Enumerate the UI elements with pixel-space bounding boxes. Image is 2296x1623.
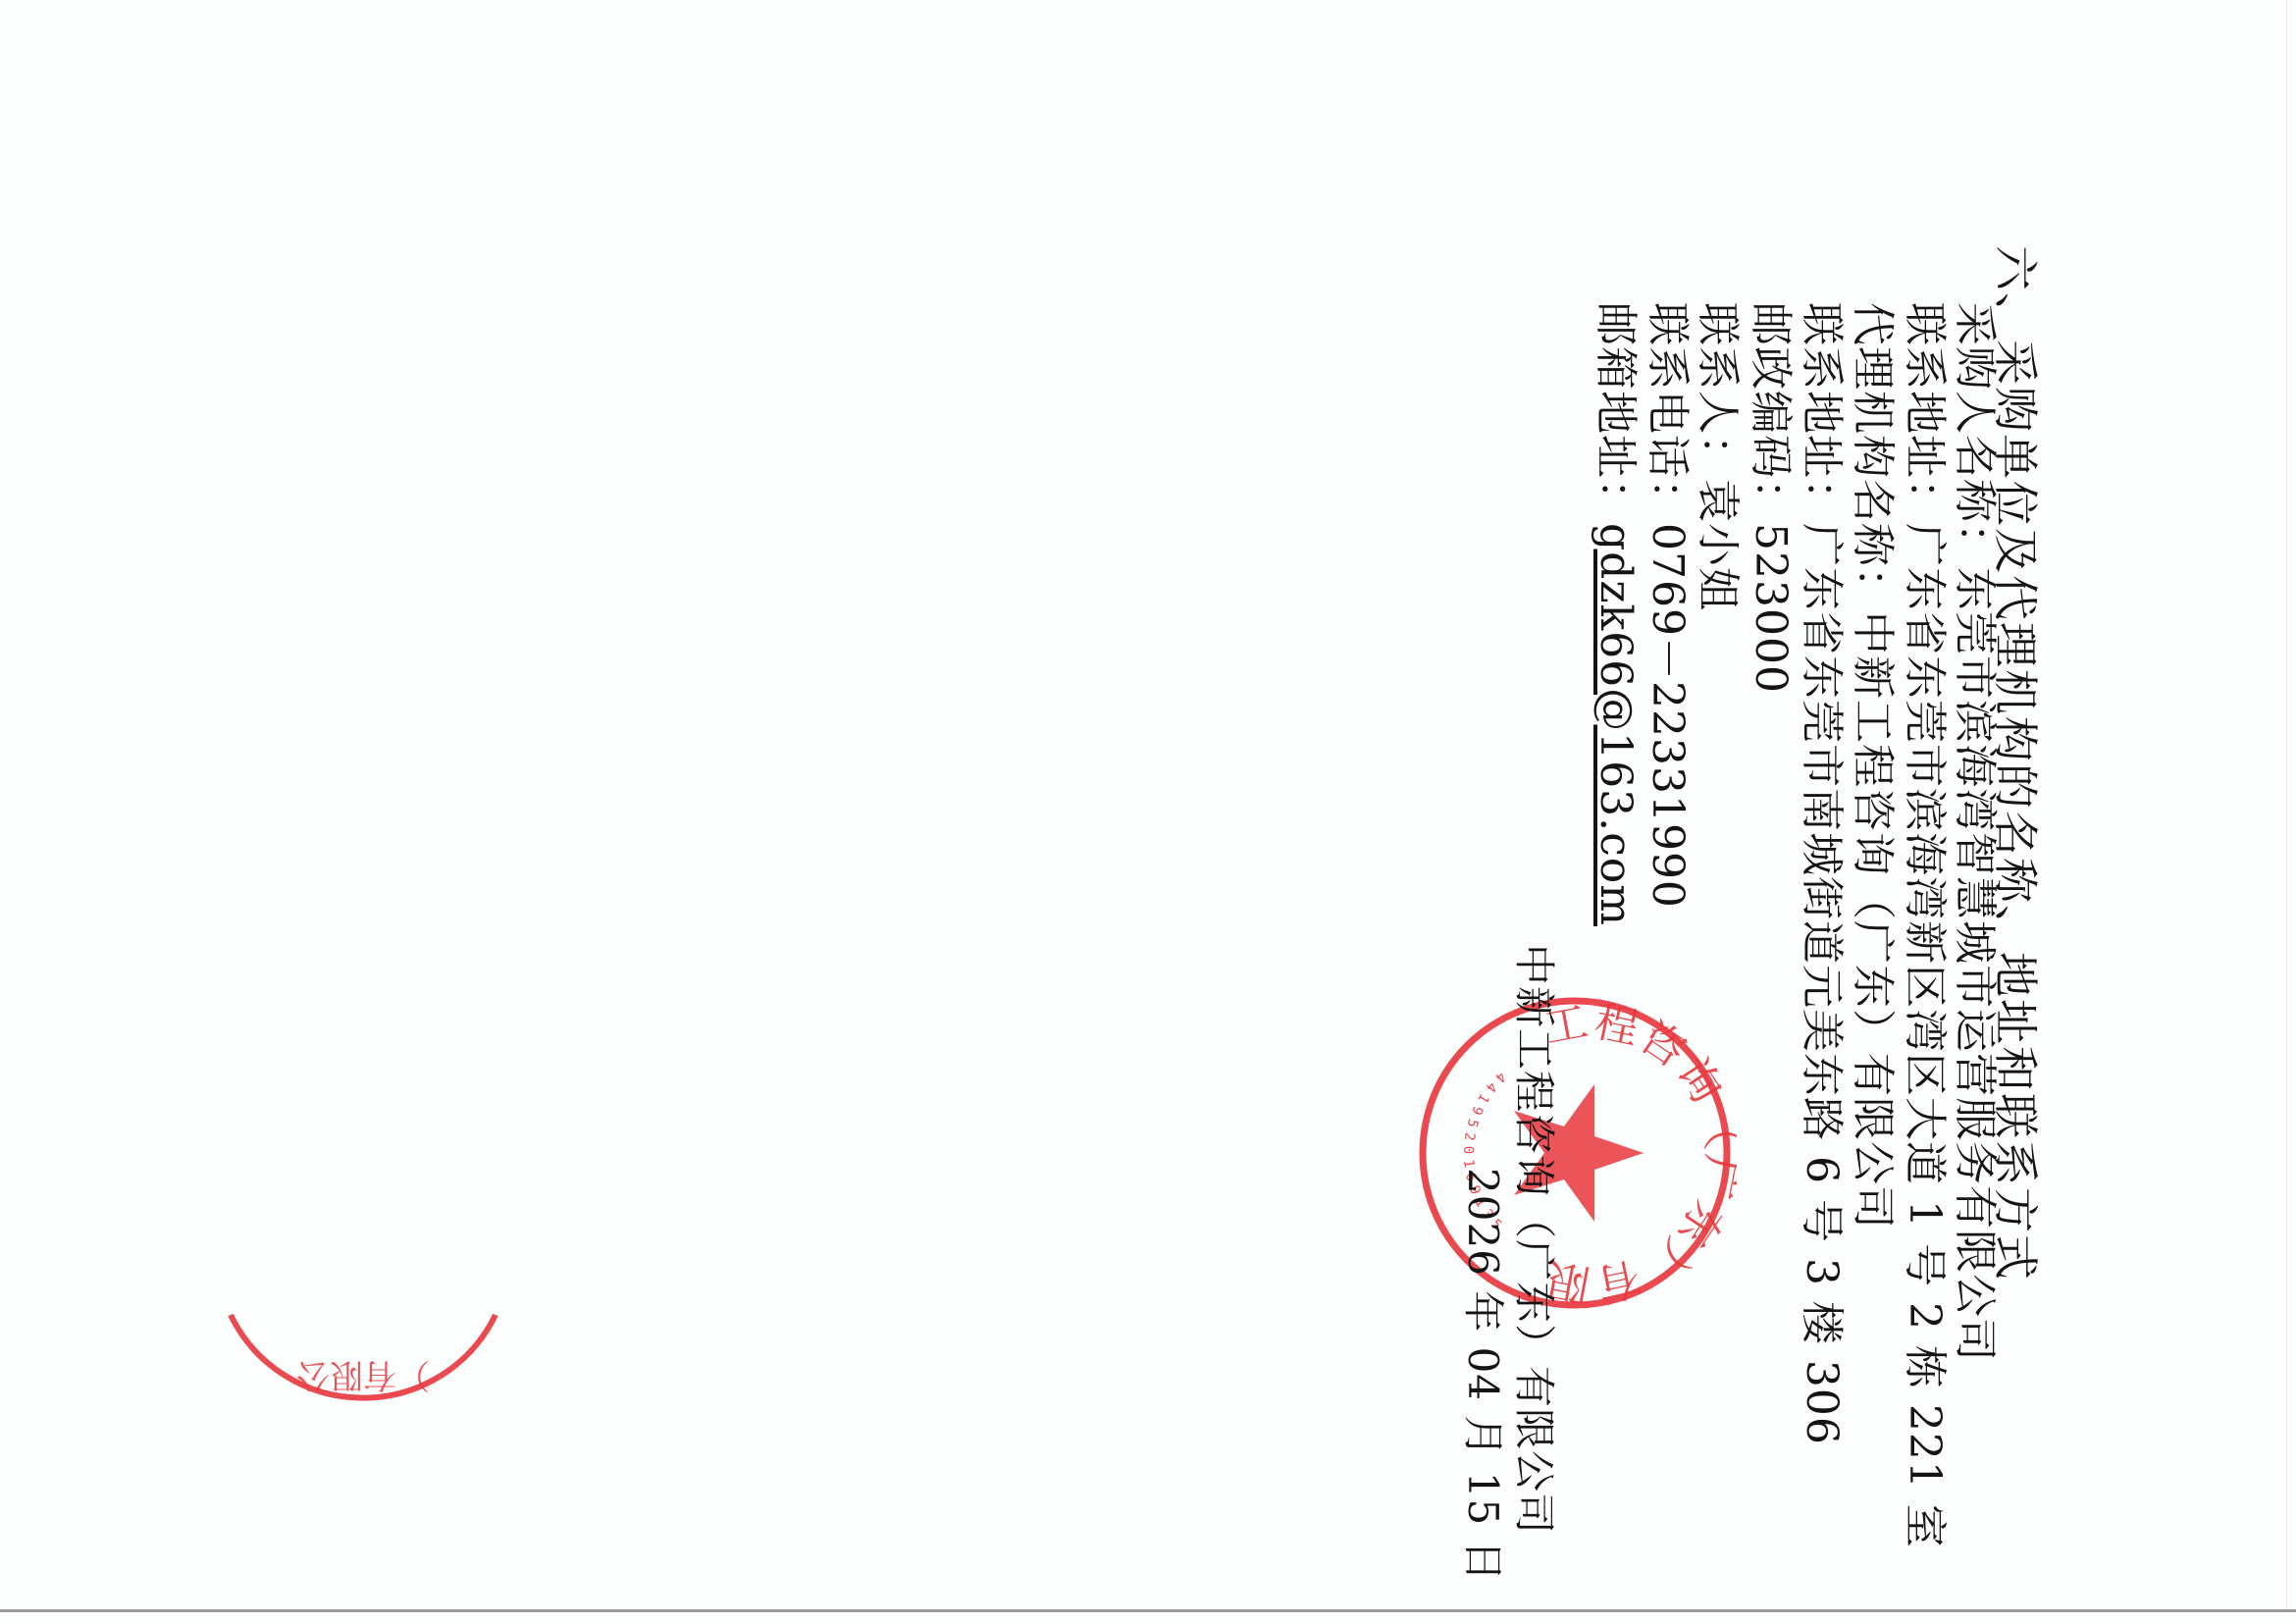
label: 联系人： [1693,302,1743,479]
line-agency-name: 代理机构名称：中新工程咨询（广东）有限公司 [1849,302,1896,1230]
label: 邮政编码： [1746,302,1796,523]
label: 联系地址： [1797,302,1847,523]
line-purchaser-address: 联系地址：广东省东莞市滨海湾新区湾区大道 1 号 2 栋 221 室 [1901,302,1948,1548]
value: 东莞市滨海湾智慧城市运营服务有限公司 [1950,567,2000,1362]
label: 联系电话： [1643,302,1693,523]
label: 邮箱地址： [1591,302,1641,523]
line-agency-address: 联系地址：广东省东莞市南城街道元美东路 6 号 3 楼 306 [1798,302,1845,1445]
label: 代理机构名称： [1848,302,1898,611]
document-page: 六、采购单位及代理机构的名称、地址和联系方式 采购人名称：东莞市滨海湾智慧城市运… [0,0,2296,1623]
value: 0769－22331990 [1643,523,1693,909]
label: 采购人名称： [1950,302,2000,567]
value: 中新工程咨询（广东）有限公司 [1848,611,1898,1230]
partial-seal: ）有限公 [221,1276,505,1442]
line-contact-person: 联系人：袁小姐 [1694,302,1741,611]
signature-date: 2026 年 04 月 15 日 [1460,1168,1505,1583]
value: 袁小姐 [1693,479,1743,611]
value: 广东省东莞市滨海湾新区湾区大道 1 号 2 栋 221 室 [1900,523,1950,1548]
scan-edge-right [2286,0,2287,1609]
line-contact-phone: 联系电话：0769－22331990 [1644,302,1691,909]
line-email: 邮箱地址：gdzk66@163.com [1592,302,1639,926]
svg-text:）有限公: ）有限公 [296,1355,430,1394]
value: 523000 [1746,523,1796,694]
line-purchaser-name: 采购人名称：东莞市滨海湾智慧城市运营服务有限公司 [1951,302,1998,1362]
line-postal-code: 邮政编码：523000 [1747,302,1794,694]
signature-company: 中新工程咨询（广东）有限公司 [1511,944,1556,1535]
email-link[interactable]: gdzk66@163.com [1591,523,1641,926]
label: 联系地址： [1900,302,1950,523]
scan-edge-bottom [0,1609,2296,1612]
value: 广东省东莞市南城街道元美东路 6 号 3 楼 306 [1797,523,1847,1445]
